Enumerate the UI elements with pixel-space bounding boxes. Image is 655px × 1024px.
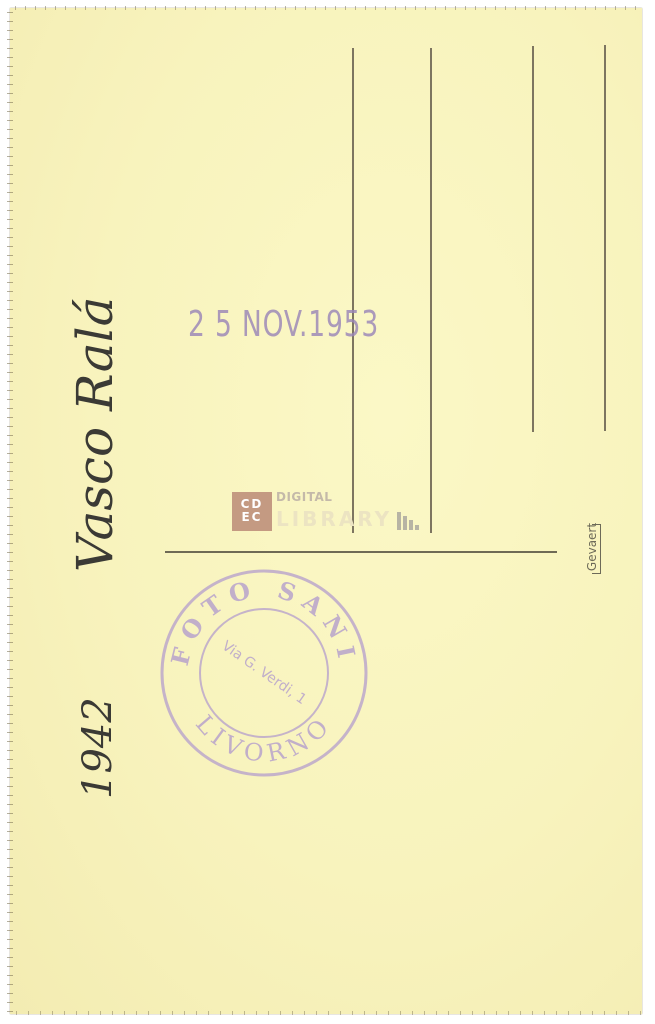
date-stamp: 2 5 NOV.1953 bbox=[188, 304, 379, 345]
watermark-digital-label: DIGITAL bbox=[276, 490, 332, 504]
address-line-1 bbox=[532, 46, 534, 432]
divider-line-2 bbox=[430, 48, 432, 533]
photographer-stamp: FOTO SANI LIVORNO Via G. Verdi, 1 bbox=[158, 567, 370, 779]
maker-mark-tick-bottom bbox=[592, 573, 600, 574]
logo-line-2: EC bbox=[232, 511, 272, 524]
postcard-back: 2 5 NOV.1953 FOTO SANI LIVORNO Via G. Ve… bbox=[10, 8, 642, 1014]
cdec-logo: CD EC bbox=[232, 492, 272, 531]
handwritten-name: Vasco Ralá bbox=[66, 312, 124, 572]
svg-text:LIVORNO: LIVORNO bbox=[190, 710, 338, 768]
watermark-library-label: LIBRARY bbox=[276, 507, 392, 531]
maker-mark-tick-top bbox=[592, 524, 600, 525]
svg-text:Via G. Verdi, 1: Via G. Verdi, 1 bbox=[219, 638, 309, 708]
maker-mark-bar bbox=[600, 524, 601, 574]
maker-mark: Gevaert bbox=[578, 522, 618, 578]
bar-chart-icon bbox=[397, 512, 423, 530]
horizontal-divider bbox=[165, 551, 557, 553]
address-line-2 bbox=[604, 45, 606, 431]
maker-mark-text: Gevaert bbox=[585, 523, 599, 571]
watermark: CD EC DIGITAL LIBRARY bbox=[232, 492, 432, 532]
stamp-circle-icon: FOTO SANI LIVORNO Via G. Verdi, 1 bbox=[158, 567, 370, 779]
deckled-edge-bottom bbox=[10, 1011, 642, 1015]
svg-text:FOTO SANI: FOTO SANI bbox=[165, 573, 363, 668]
divider-line-1 bbox=[352, 48, 354, 533]
handwritten-year: 1942 bbox=[75, 699, 121, 799]
